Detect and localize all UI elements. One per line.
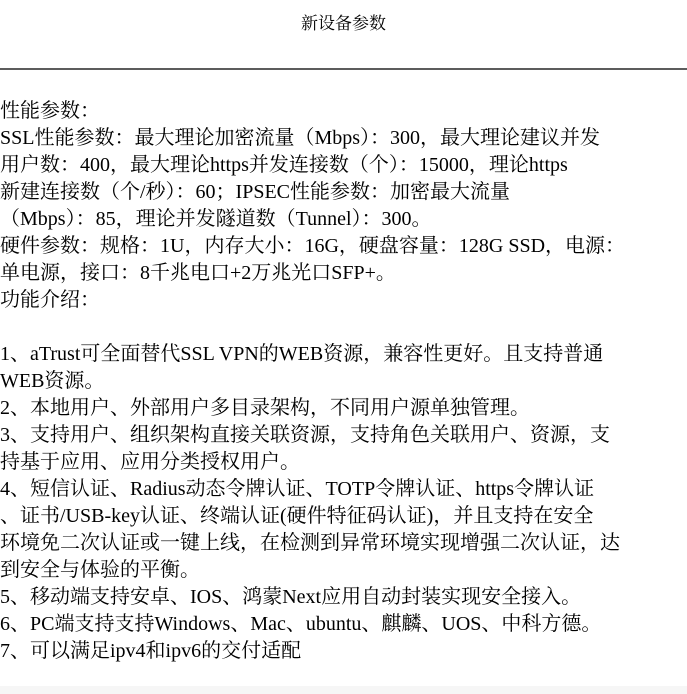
text-line: 硬件参数：规格：1U，内存大小：16G，硬盘容量：128G SSD，电源： bbox=[0, 233, 687, 260]
document-page: 新设备参数 性能参数：SSL性能参数：最大理论加密流量（Mbps）：300，最大… bbox=[0, 0, 687, 694]
performance-section: 性能参数：SSL性能参数：最大理论加密流量（Mbps）：300，最大理论建议并发… bbox=[0, 98, 687, 314]
text-line: 1、aTrust可全面替代SSL VPN的WEB资源，兼容性更好。且支持普通 bbox=[0, 341, 687, 368]
text-line: 性能参数： bbox=[0, 98, 687, 125]
text-line: 5、移动端支持安卓、IOS、鸿蒙Next应用自动封装实现安全接入。 bbox=[0, 584, 687, 611]
text-line: （Mbps）：85，理论并发隧道数（Tunnel）：300。 bbox=[0, 206, 687, 233]
document-body: 性能参数：SSL性能参数：最大理论加密流量（Mbps）：300，最大理论建议并发… bbox=[0, 98, 687, 665]
text-line: WEB资源。 bbox=[0, 368, 687, 395]
text-line: 6、PC端支持支持Windows、Mac、ubuntu、麒麟、UOS、中科方德。 bbox=[0, 611, 687, 638]
text-line: 2、本地用户、外部用户多目录架构，不同用户源单独管理。 bbox=[0, 395, 687, 422]
features-section: 1、aTrust可全面替代SSL VPN的WEB资源，兼容性更好。且支持普通WE… bbox=[0, 341, 687, 665]
text-line: 4、短信认证、Radius动态令牌认证、TOTP令牌认证、https令牌认证 bbox=[0, 476, 687, 503]
title-divider bbox=[0, 68, 687, 70]
text-line: 3、支持用户、组织架构直接关联资源，支持角色关联用户、资源，支 bbox=[0, 422, 687, 449]
text-line: 持基于应用、应用分类授权用户。 bbox=[0, 449, 687, 476]
text-line: 、证书/USB-key认证、终端认证(硬件特征码认证)，并且支持在安全 bbox=[0, 503, 687, 530]
blank-line bbox=[0, 314, 687, 341]
text-line: 用户数：400，最大理论https并发连接数（个）：15000，理论https bbox=[0, 152, 687, 179]
footer-strip bbox=[0, 686, 687, 694]
text-line: 到安全与体验的平衡。 bbox=[0, 557, 687, 584]
text-line: 新建连接数（个/秒）：60；IPSEC性能参数：加密最大流量 bbox=[0, 179, 687, 206]
text-line: 7、可以满足ipv4和ipv6的交付适配 bbox=[0, 638, 687, 665]
text-line: 功能介绍： bbox=[0, 287, 687, 314]
text-line: SSL性能参数：最大理论加密流量（Mbps）：300，最大理论建议并发 bbox=[0, 125, 687, 152]
page-title: 新设备参数 bbox=[0, 0, 687, 34]
text-line: 环境免二次认证或一键上线，在检测到异常环境实现增强二次认证，达 bbox=[0, 530, 687, 557]
text-line: 单电源，接口：8千兆电口+2万兆光口SFP+。 bbox=[0, 260, 687, 287]
